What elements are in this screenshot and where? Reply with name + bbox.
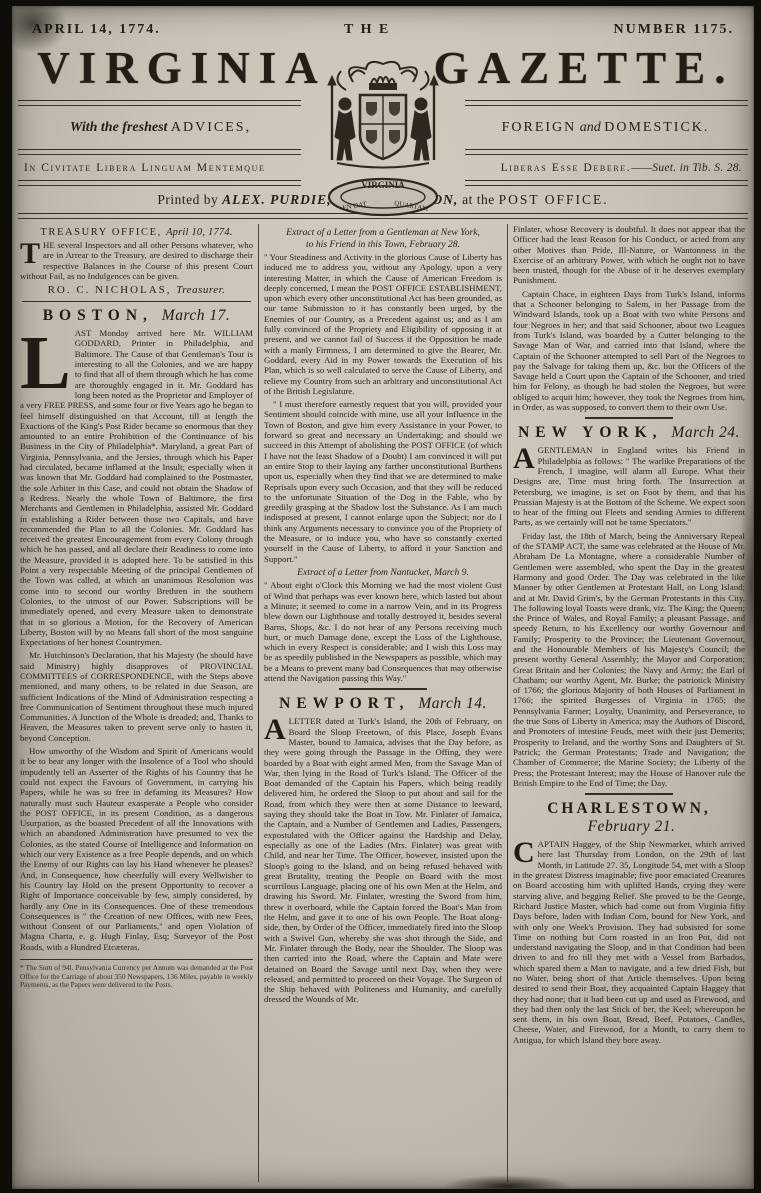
- extract-nantucket-paragraph: " About eight o'Clock this Morning we ha…: [264, 580, 502, 683]
- footnote: * The Sum of 94l. Pensylvania Currency p…: [20, 964, 253, 990]
- drop-cap: T: [20, 241, 40, 267]
- crest-illustration: VIRGINIA EN DAT QUARTAM: [307, 52, 459, 226]
- newport-continuation-paragraph: Finlater, whose Recovery is doubtful. It…: [513, 224, 745, 286]
- charlestown-article-paragraph: CAPTAIN Haggey, of the Ship Newmarket, w…: [513, 839, 745, 1045]
- newport-article-paragraph: ALETTER dated at Turk's Island, the 20th…: [264, 716, 502, 1004]
- newyork-article-paragraph: Friday last, the 18th of March, being th…: [513, 531, 745, 788]
- masthead: APRIL 14, 1774. T H E NUMBER 1175. VIRGI…: [12, 22, 754, 219]
- treasury-heading: TREASURY OFFICE, April 10, 1774.: [20, 227, 253, 238]
- masthead-the: T H E: [344, 22, 390, 38]
- extract-newyork-paragraph: " I must therefore earnestly request tha…: [264, 399, 502, 564]
- drop-cap: A: [264, 717, 286, 743]
- columns: TREASURY OFFICE, April 10, 1774. THE sev…: [12, 224, 754, 1182]
- boston-article-paragraph: How unworthy of the Wisdom and Spirit of…: [20, 746, 253, 952]
- masthead-top-row: APRIL 14, 1774. T H E NUMBER 1175.: [32, 22, 734, 38]
- crest-banner-virginia: VIRGINIA: [361, 180, 405, 190]
- motto-citation: ——Suet. in Tib. S. 28.: [631, 162, 742, 174]
- treasury-notice: THE several Inspectors and all other Per…: [20, 240, 253, 281]
- boston-article-paragraph: Mr. Hutchinson's Declaration, that his M…: [20, 650, 253, 743]
- newyork-article-paragraph: AGENTLEMAN in England writes his Friend …: [513, 445, 745, 527]
- treasurer-signature: RO. C. NICHOLAS, Treasurer.: [20, 284, 253, 296]
- section-divider: [585, 417, 673, 419]
- footnote-rule: [20, 959, 253, 960]
- dateline-newyork: NEW YORK, March 24.: [513, 424, 745, 442]
- motto-right: Liberas Esse Debere.——Suet. in Tib. S. 2…: [501, 162, 742, 174]
- dateline-newport: NEWPORT, March 14.: [264, 695, 502, 713]
- newspaper-page: APRIL 14, 1774. T H E NUMBER 1175. VIRGI…: [12, 6, 754, 1189]
- extract-nantucket-heading: Extract of a Letter from Nantucket, Marc…: [264, 567, 502, 579]
- title-virginia: VIRGINIA: [24, 46, 340, 91]
- drop-cap: C: [513, 840, 535, 866]
- issue-number: NUMBER 1175.: [614, 22, 734, 38]
- chace-paragraph: Captain Chace, in eighteen Days from Tur…: [513, 289, 745, 413]
- column-rule: [258, 224, 259, 1182]
- post-office-label: POST OFFICE.: [499, 192, 609, 207]
- dateline-charlestown: CHARLESTOWN, February 21.: [513, 800, 745, 836]
- issue-date: APRIL 14, 1774.: [32, 22, 161, 38]
- extract-newyork-paragraph: " Your Steadiness and Activity in the gl…: [264, 252, 502, 396]
- virginia-coat-of-arms: VIRGINIA EN DAT QUARTAM: [307, 52, 459, 226]
- section-divider: [22, 301, 251, 302]
- extract-newyork-heading: Extract of a Letter from a Gentleman at …: [264, 227, 502, 250]
- dateline-boston: BOSTON, March 17.: [20, 307, 253, 325]
- boston-article-paragraph: LAST Monday arrived here Mr. WILLIAM GOD…: [20, 328, 253, 647]
- title-gazette: GAZETTE.: [426, 46, 742, 91]
- photo-frame: APRIL 14, 1774. T H E NUMBER 1175. VIRGI…: [0, 0, 761, 1193]
- motto-left: In Civitate Libera Linguam Mentemque: [24, 162, 266, 174]
- column-left: TREASURY OFFICE, April 10, 1774. THE sev…: [20, 224, 253, 1182]
- column-right: Finlater, whose Recovery is doubtful. It…: [513, 224, 745, 1182]
- drop-cap: L: [20, 331, 71, 395]
- advices-caps: ADVICES,: [171, 120, 251, 135]
- section-divider: [339, 688, 427, 690]
- section-divider: [585, 793, 673, 795]
- drop-cap: A: [513, 446, 535, 472]
- column-middle: Extract of a Letter from a Gentleman at …: [264, 224, 502, 1182]
- column-rule: [507, 224, 508, 1182]
- advices-script: With the freshest: [70, 120, 168, 135]
